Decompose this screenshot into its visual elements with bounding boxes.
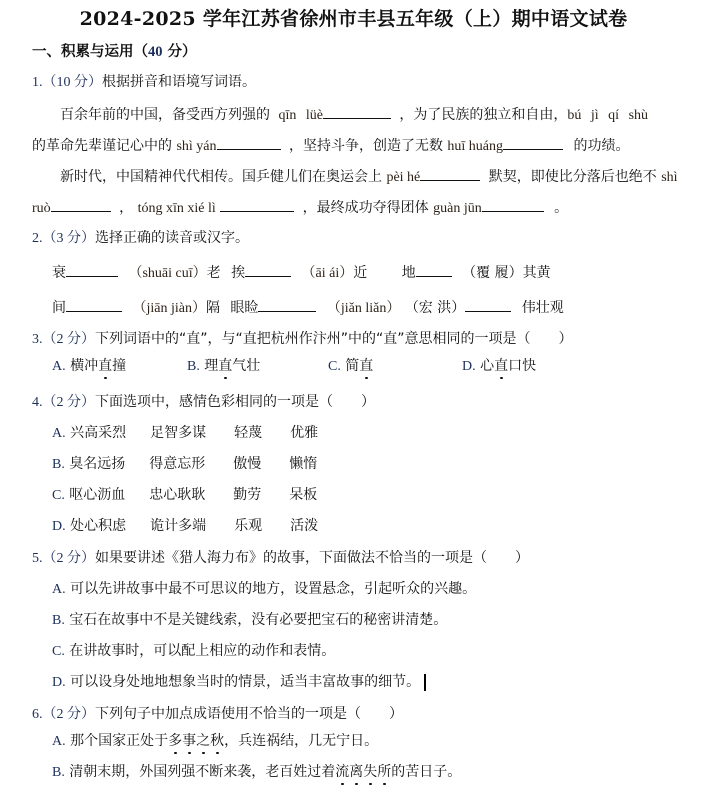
option-text: 气壮 bbox=[232, 358, 260, 374]
emphasis-dot-char: 直 bbox=[359, 357, 373, 375]
pinyin-pei-he: pèi hé bbox=[386, 170, 420, 185]
option-text: 口快 bbox=[508, 358, 536, 374]
option-text: 清朝末期，外国列强不断来袭，老百姓过着 bbox=[69, 764, 335, 780]
q6-score: （2 分） bbox=[43, 707, 96, 722]
q2-pinyin-choice: （āi ái） bbox=[302, 266, 354, 281]
pinyin-bu-ji-qi-shu: bú jì qí shù bbox=[567, 108, 648, 123]
pinyin-qin-lue: qīn lüè bbox=[278, 108, 323, 123]
q2-blank-1[interactable] bbox=[66, 262, 118, 277]
pinyin-guan-jun: guàn jūn bbox=[433, 201, 482, 216]
q5-option-b[interactable]: B. 宝石在故事中不是关键线索，没有必要把宝石的秘密讲清楚。 bbox=[52, 611, 447, 630]
pinyin-tong-xin-xie-li: tóng xīn xié lì bbox=[138, 201, 216, 216]
option-letter: B. bbox=[52, 457, 65, 472]
q2-item-text: 地 bbox=[402, 265, 416, 281]
q3-option-c[interactable]: C. 简直 bbox=[328, 357, 462, 376]
q6-option-a[interactable]: A. 那个国家正处于多事之秋，兵连祸结，几无宁日。 bbox=[52, 732, 378, 751]
option-letter: A. bbox=[52, 359, 66, 374]
q5-option-a[interactable]: A. 可以先讲故事中最不可思议的地方，设置悬念，引起听众的兴趣。 bbox=[52, 580, 476, 599]
pinyin-ruo: ruò bbox=[32, 201, 51, 216]
q6-stem: 下列句子中加点成语使用不恰当的一项是（ ） bbox=[95, 706, 403, 722]
option-text: 可以设身处地地想象当时的情景，适当丰富故事的细节。 bbox=[70, 674, 420, 690]
emphasis-dot-char: 离 bbox=[349, 763, 363, 781]
q5-number: 5. bbox=[32, 551, 43, 566]
q4-option-c[interactable]: C. 呕心沥血忠心耿耿勤劳呆板 bbox=[52, 486, 317, 505]
q4-option-a[interactable]: A. 兴高采烈足智多谋轻蔑优雅 bbox=[52, 424, 318, 443]
q2-number: 2. bbox=[32, 231, 43, 246]
option-text: 在讲故事时，可以配上相应的动作和表情。 bbox=[69, 643, 335, 659]
option-letter: D. bbox=[52, 519, 66, 534]
q2-item-text: 其黄 bbox=[523, 265, 551, 281]
q1-text: 的革命先辈谨记心中的 bbox=[32, 138, 172, 154]
q1-text: ， bbox=[119, 200, 133, 216]
q4-stem: 下面选项中，感情色彩相同的一项是（ ） bbox=[95, 394, 375, 410]
q2-item-text: 伟壮观 bbox=[522, 300, 564, 316]
q1-paragraph-line-2: 的革命先辈谨记心中的 shì yán ，坚持斗争，创造了无数 huī huáng… bbox=[32, 135, 629, 156]
word: 懒惰 bbox=[289, 455, 317, 473]
option-text: 宝石在故事中不是关键线索，没有必要把宝石的秘密讲清楚。 bbox=[69, 612, 447, 628]
answer-blank-4[interactable] bbox=[420, 166, 480, 181]
option-text: 心 bbox=[480, 358, 494, 374]
word: 臭名远扬 bbox=[69, 455, 149, 473]
q1-paragraph-line-3: 新时代，中国精神代代相传。国乒健儿们在奥运会上 pèi hé 默契，即使比分落后… bbox=[60, 166, 678, 187]
q2-row-2: 间 （jiān jiàn）隔 眼睑 （jiǎn liǎn） （宏 洪） 伟壮观 bbox=[52, 297, 564, 318]
option-text: 简 bbox=[345, 358, 359, 374]
option-letter: A. bbox=[52, 426, 66, 441]
emphasis-dot-char: 事 bbox=[182, 732, 196, 750]
q2-blank-2[interactable] bbox=[245, 262, 291, 277]
q6-option-b[interactable]: B. 清朝末期，外国列强不断来袭，老百姓过着流离失所的苦日子。 bbox=[52, 763, 461, 782]
q1-text: ，坚持斗争，创造了无数 bbox=[289, 138, 443, 154]
q2-item-text: 间 bbox=[52, 300, 66, 316]
option-letter: A. bbox=[52, 582, 66, 597]
q3-header: 3.（2 分）下列词语中的“直”，与“直把杭州作汴州”中的“直”意思相同的一项是… bbox=[32, 330, 573, 349]
q1-text: 默契，即使比分落后也绝不 bbox=[489, 169, 657, 185]
q1-text: 。 bbox=[554, 200, 568, 216]
q6-header: 6.（2 分）下列句子中加点成语使用不恰当的一项是（ ） bbox=[32, 705, 403, 724]
emphasis-dot-char: 之 bbox=[196, 732, 210, 750]
option-letter: C. bbox=[328, 359, 341, 374]
option-letter: D. bbox=[462, 359, 476, 374]
q3-stem: 下列词语中的“直”，与“直把杭州作汴州”中的“直”意思相同的一项是（ ） bbox=[95, 331, 573, 347]
emphasis-dot-char: 直 bbox=[494, 357, 508, 375]
word: 处心积虑 bbox=[70, 517, 150, 535]
q2-item-text: 衰 bbox=[52, 265, 66, 281]
q3-number: 3. bbox=[32, 332, 43, 347]
word: 傲慢 bbox=[233, 455, 289, 473]
answer-blank-3[interactable] bbox=[503, 135, 563, 150]
q5-score: （2 分） bbox=[43, 551, 96, 566]
option-text: ，兵连祸结，几无宁日。 bbox=[224, 733, 378, 749]
answer-blank-2[interactable] bbox=[217, 135, 281, 150]
option-letter: A. bbox=[52, 734, 66, 749]
q2-stem: 选择正确的读音或汉字。 bbox=[95, 230, 249, 246]
answer-blank-1[interactable] bbox=[323, 104, 391, 119]
q2-item-text: 挨 bbox=[231, 265, 245, 281]
word: 得意忘形 bbox=[149, 455, 233, 473]
emphasis-dot-char: 所 bbox=[377, 763, 391, 781]
q1-text: ，最终成功夺得团体 bbox=[303, 200, 429, 216]
answer-blank-6[interactable] bbox=[220, 197, 294, 212]
q1-paragraph-line-4: ruò ， tóng xīn xié lì ，最终成功夺得团体 guàn jūn… bbox=[32, 197, 568, 218]
q5-option-c[interactable]: C. 在讲故事时，可以配上相应的动作和表情。 bbox=[52, 642, 335, 661]
q3-score: （2 分） bbox=[43, 332, 96, 347]
answer-blank-7[interactable] bbox=[482, 197, 544, 212]
word: 诡计多端 bbox=[150, 517, 234, 535]
emphasis-dot-char: 流 bbox=[335, 763, 349, 781]
emphasis-dot-char: 秋 bbox=[210, 732, 224, 750]
option-text: 撞 bbox=[112, 358, 126, 374]
word: 呕心沥血 bbox=[69, 486, 149, 504]
q2-blank-5[interactable] bbox=[258, 297, 316, 312]
q4-number: 4. bbox=[32, 395, 43, 410]
q2-blank-3[interactable] bbox=[416, 262, 452, 277]
pinyin-shi-yan: shì yán bbox=[176, 139, 216, 154]
q2-row-1: 衰 （shuāi cuī）老 挨 （āi ái）近 地 （覆 履）其黄 bbox=[52, 262, 551, 283]
q2-item-text: 近 bbox=[353, 265, 367, 281]
q1-text: 百余年前的中国，备受西方列强的 bbox=[60, 107, 270, 123]
exam-title: 2024-2025 学年江苏省徐州市丰县五年级（上）期中语文试卷 bbox=[0, 4, 707, 31]
q5-header: 5.（2 分）如果要讲述《猎人海力布》的故事，下面做法不恰当的一项是（ ） bbox=[32, 549, 529, 568]
word: 活泼 bbox=[290, 517, 318, 535]
word: 优雅 bbox=[290, 424, 318, 442]
q1-stem: 根据拼音和语境写词语。 bbox=[102, 74, 256, 90]
answer-blank-5[interactable] bbox=[51, 197, 111, 212]
pinyin-hui-huang: huī huáng bbox=[447, 139, 503, 154]
q3-option-d[interactable]: D. 心直口快 bbox=[462, 357, 536, 376]
option-text: 可以先讲故事中最不可思议的地方，设置悬念，引起听众的兴趣。 bbox=[70, 581, 476, 597]
pinyin-shi: shì bbox=[661, 170, 677, 185]
word: 轻蔑 bbox=[234, 424, 290, 442]
q1-number: 1. bbox=[32, 75, 43, 90]
word: 兴高采烈 bbox=[70, 424, 150, 442]
q2-char-choice: （覆 履） bbox=[462, 265, 522, 281]
option-letter: C. bbox=[52, 488, 65, 503]
q1-text: 新时代，中国精神代代相传。国乒健儿们在奥运会上 bbox=[60, 169, 382, 185]
word: 呆板 bbox=[289, 486, 317, 504]
q3-options: A. 横冲直撞B. 理直气壮C. 简直D. 心直口快 bbox=[52, 357, 536, 376]
q2-pinyin-choice: （shuāi cuī） bbox=[128, 266, 206, 281]
q6-number: 6. bbox=[32, 707, 43, 722]
q2-score: （3 分） bbox=[43, 231, 96, 246]
section-label-end: 分） bbox=[163, 44, 197, 60]
option-letter: B. bbox=[52, 613, 65, 628]
q2-header: 2.（3 分）选择正确的读音或汉字。 bbox=[32, 229, 249, 248]
q2-blank-4[interactable] bbox=[66, 297, 122, 312]
q1-header: 1.（10 分）根据拼音和语境写词语。 bbox=[32, 73, 256, 92]
q2-item-text: 眼睑 bbox=[230, 300, 258, 316]
option-letter: D. bbox=[52, 675, 66, 690]
q2-pinyin-choice: （jiān jiàn） bbox=[132, 301, 206, 316]
q1-text: 的功绩。 bbox=[573, 138, 629, 154]
section-label: 一、积累与运用（ bbox=[32, 44, 148, 60]
q5-stem: 如果要讲述《猎人海力布》的故事，下面做法不恰当的一项是（ ） bbox=[95, 550, 529, 566]
q3-option-a[interactable]: A. 横冲直撞 bbox=[52, 357, 187, 376]
q1-text: ，为了民族的独立和自由， bbox=[399, 107, 567, 123]
option-text: 横冲 bbox=[70, 358, 98, 374]
q4-option-d[interactable]: D. 处心积虑诡计多端乐观活泼 bbox=[52, 517, 318, 536]
word: 忠心耿耿 bbox=[149, 486, 233, 504]
emphasis-dot-char: 失 bbox=[363, 763, 377, 781]
q2-char-choice: （宏 洪） bbox=[405, 300, 465, 316]
option-letter: B. bbox=[187, 359, 200, 374]
section-score: 40 bbox=[148, 44, 163, 60]
q4-header: 4.（2 分）下面选项中，感情色彩相同的一项是（ ） bbox=[32, 393, 375, 412]
q4-option-b[interactable]: B. 臭名远扬得意忘形傲慢懒惰 bbox=[52, 455, 317, 474]
q2-pinyin-choice: （jiǎn liǎn） bbox=[327, 301, 401, 316]
option-text: 那个国家正处于 bbox=[70, 733, 168, 749]
option-text: 理 bbox=[204, 358, 218, 374]
option-letter: C. bbox=[52, 644, 65, 659]
q5-option-d[interactable]: D. 可以设身处地地想象当时的情景，适当丰富故事的细节。 bbox=[52, 673, 426, 692]
emphasis-dot-char: 多 bbox=[168, 732, 182, 750]
text-cursor bbox=[424, 674, 426, 691]
section-heading: 一、积累与运用（40 分） bbox=[32, 40, 197, 61]
q2-item-text: 老 bbox=[207, 265, 221, 281]
q1-paragraph-line-1: 百余年前的中国，备受西方列强的 qīn lüè ，为了民族的独立和自由，bú j… bbox=[60, 104, 648, 125]
q4-score: （2 分） bbox=[43, 395, 96, 410]
q3-option-b[interactable]: B. 理直气壮 bbox=[187, 357, 328, 376]
word: 足智多谋 bbox=[150, 424, 234, 442]
word: 勤劳 bbox=[233, 486, 289, 504]
q2-item-text: 隔 bbox=[206, 300, 220, 316]
q1-score: （10 分） bbox=[43, 75, 103, 90]
word: 乐观 bbox=[234, 517, 290, 535]
emphasis-dot-char: 直 bbox=[98, 357, 112, 375]
emphasis-dot-char: 直 bbox=[218, 357, 232, 375]
option-text: 的苦日子。 bbox=[391, 764, 461, 780]
q2-blank-6[interactable] bbox=[465, 297, 511, 312]
option-letter: B. bbox=[52, 765, 65, 780]
